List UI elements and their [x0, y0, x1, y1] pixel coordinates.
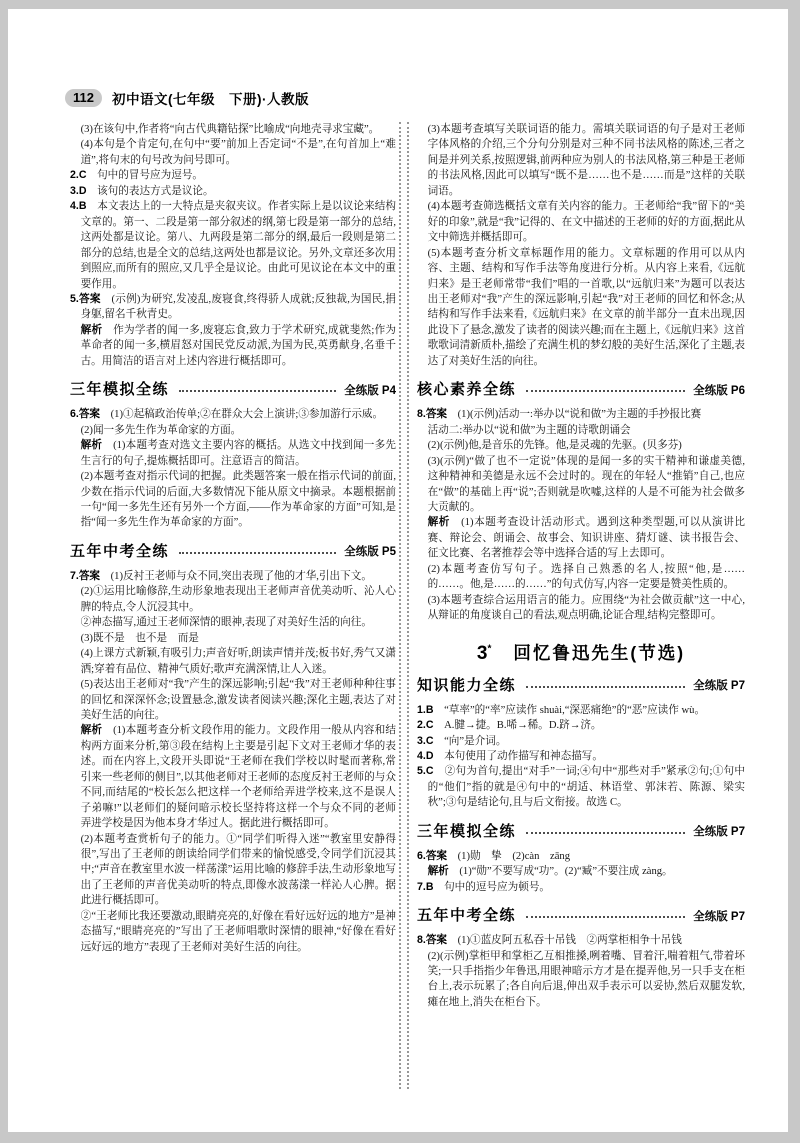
paragraph: 解析 (1)本题考查对选文主要内容的概括。从选文中找到闻一多先生言行的句子,提炼…: [81, 438, 396, 469]
answer-label: 6.答案: [417, 850, 447, 862]
paragraph: 活动二:举办以“说和做”为主题的诗歌朗诵会: [428, 423, 745, 438]
paragraph: (2)本题考查仿写句子。选择自己熟悉的名人,按照“他,是……的……。他,是……的…: [428, 562, 745, 593]
paragraph: 解析 (1)“勋”不要写成“功”。(2)“臧”不要注成 zàng。: [428, 864, 745, 879]
paragraph: 6.答案 (1)①起稿政治传单;②在群众大会上演讲;③参加游行示威。: [70, 407, 396, 422]
paragraph: 2.C A.腱→捷。B.唏→稀。D.跻→济。: [417, 718, 745, 733]
chapter-star-mark: *: [488, 643, 492, 654]
paragraph: (2)①运用比喻修辞,生动形象地表现出王老师声音优美动听、沁人心脾的特点,令人沉…: [81, 584, 396, 615]
paragraph: 5.答案 (示例)为研究,发凌乱,废寝食,终得骄人成就;反独裁,为国民,捐身躯,…: [70, 292, 396, 323]
answer-label: 解析: [428, 516, 450, 528]
dotted-leader-line: [526, 832, 685, 834]
page-number-badge: 112: [65, 89, 102, 107]
answer-label: 4.D: [417, 750, 434, 762]
chapter-title: 3*回忆鲁迅先生(节选): [417, 640, 745, 665]
dotted-leader-line: [526, 390, 685, 392]
answer-label: 8.答案: [417, 408, 447, 420]
chapter-name: 回忆鲁迅先生(节选): [513, 643, 685, 663]
answer-label: 4.B: [70, 200, 87, 212]
dotted-leader-line: [526, 686, 685, 688]
dotted-leader-line: [179, 552, 336, 554]
column-divider-line: [399, 122, 401, 1089]
section-page-ref: 全练版 P7: [693, 823, 745, 839]
paragraph: (4)本题考查筛选概括文章有关内容的能力。王老师给“我”留下的“美好的印象”,就…: [428, 199, 745, 245]
paragraph: (2)闻一多先生作为革命家的方面。: [81, 423, 396, 438]
paragraph: 3.D 该句的表达方式是议论。: [70, 184, 396, 199]
dotted-leader-line: [526, 916, 685, 918]
paragraph: 解析 作为学者的闻一多,废寝忘食,致力于学术研究,成就斐然;作为革命者的闻一多,…: [81, 323, 396, 369]
chapter-number: 3*: [477, 643, 491, 664]
paragraph: (5)表达出王老师对“我”产生的深远影响;引起“我”对王老师种种往事的回忆和深深…: [81, 677, 396, 723]
section-page-ref: 全练版 P7: [693, 677, 745, 693]
paragraph: 6.答案 (1)勋 挚 (2)càn zāng: [417, 849, 745, 864]
answer-label: 2.C: [417, 719, 434, 731]
paragraph: 1.B “草率”的“率”应读作 shuài,“深恶痛绝”的“恶”应读作 wù。: [417, 703, 745, 718]
answer-label: 2.C: [70, 169, 87, 181]
paragraph: (2)本题考查对指示代词的把握。此类题答案一般在指示代词的前面,少数在指示代词的…: [81, 469, 396, 531]
paragraph: 4.B 本文表达上的一大特点是夹叙夹议。作者实际上是以议论来结构文章的。第一、二…: [70, 199, 396, 292]
paragraph: (3)既不是 也不是 而是: [81, 631, 396, 646]
paragraph: 5.C ②句为首句,提出“对手”一词;④句中“那些对手”紧承②句;①句中的“他们…: [417, 764, 745, 810]
answer-label: 解析: [428, 865, 449, 877]
paragraph: (3)(示例)“做了也不一定说”体现的是闻一多的实干精神和谦虚美德,这种精神和美…: [428, 454, 745, 516]
answer-label: 7.答案: [70, 570, 100, 582]
paragraph: 7.答案 (1)反衬王老师与众不同,突出表现了他的才华,引出下文。: [70, 569, 396, 584]
page-header: 112 初中语文(七年级 下册)·人教版: [65, 88, 309, 108]
paragraph: 8.答案 (1)①蓝皮阿五私吞十吊钱 ②两掌柜相争十吊钱: [417, 933, 745, 948]
paragraph: 7.B 句中的逗号应为顿号。: [417, 880, 745, 895]
answer-label: 6.答案: [70, 408, 100, 420]
section-page-ref: 全练版 P6: [693, 382, 745, 398]
paragraph: (3)在该句中,作者将“向古代典籍钻探”比喻成“向地壳寻求宝藏”。: [81, 122, 396, 137]
paragraph: 2.C 句中的冒号应为逗号。: [70, 168, 396, 183]
paragraph: 解析 (1)本题考查分析文段作用的能力。文段作用一般从内容和结构两方面来分析,第…: [81, 723, 396, 831]
answer-label: 8.答案: [417, 934, 447, 946]
answer-label: 5.答案: [70, 293, 101, 305]
section-title: 五年中考全练: [417, 906, 516, 925]
section-header: 五年中考全练全练版 P7: [417, 906, 745, 925]
right-column: (3)本题考查填写关联词语的能力。需填关联词语的句子是对王老师字体风格的介绍,三…: [417, 122, 745, 1010]
paragraph: 8.答案 (1)(示例)活动一:举办以“说和做”为主题的手抄报比赛: [417, 407, 745, 422]
paragraph: (3)本题考查综合运用语言的能力。应围绕“为社会做贡献”这一中心,从辩证的角度谈…: [428, 593, 745, 624]
section-title: 三年模拟全练: [417, 822, 516, 841]
column-divider-line: [407, 122, 409, 1089]
paragraph: (2)本题考查赏析句子的能力。①“同学们听得入迷”“教室里安静得很”,写出了王老…: [81, 832, 396, 909]
section-header: 五年中考全练全练版 P5: [70, 542, 396, 561]
section-header: 三年模拟全练全练版 P4: [70, 380, 396, 399]
section-page-ref: 全练版 P7: [693, 908, 745, 924]
section-title: 知识能力全练: [417, 676, 516, 695]
section-header: 三年模拟全练全练版 P7: [417, 822, 745, 841]
paragraph: 4.D 本句使用了动作描写和神态描写。: [417, 749, 745, 764]
answer-label: 3.C: [417, 735, 434, 747]
section-title: 核心素养全练: [417, 380, 516, 399]
section-header: 知识能力全练全练版 P7: [417, 676, 745, 695]
paragraph: (3)本题考查填写关联词语的能力。需填关联词语的句子是对王老师字体风格的介绍,三…: [428, 122, 745, 199]
paragraph: (2)(示例)他,是音乐的先锋。他,是灵魂的先驱。(贝多芬): [428, 438, 745, 453]
dotted-leader-line: [179, 390, 336, 392]
answer-label: 解析: [81, 439, 103, 451]
answer-label: 7.B: [417, 881, 434, 893]
section-page-ref: 全练版 P4: [344, 382, 396, 398]
paragraph: (4)本句是个肯定句,在句中“要”前加上否定词“不是”,在句首加上“难道”,将句…: [81, 137, 396, 168]
book-title: 初中语文(七年级 下册)·人教版: [112, 88, 309, 108]
section-header: 核心素养全练全练版 P6: [417, 380, 745, 399]
answer-label: 解析: [81, 724, 103, 736]
left-column: (3)在该句中,作者将“向古代典籍钻探”比喻成“向地壳寻求宝藏”。(4)本句是个…: [70, 122, 396, 955]
answer-label: 解析: [81, 324, 103, 336]
book-page: 112 初中语文(七年级 下册)·人教版 (3)在该句中,作者将“向古代典籍钻探…: [8, 9, 788, 1132]
paragraph: (2)(示例)掌柜甲和掌柜乙互相推搡,咧着嘴、冒着汗,喘着粗气,带着坏笑;一只手…: [428, 949, 745, 1011]
paragraph: (5)本题考查分析文章标题作用的能力。文章标题的作用可以从内容、主题、结构和写作…: [428, 246, 745, 370]
answer-label: 5.C: [417, 765, 434, 777]
answer-label: 1.B: [417, 704, 434, 716]
paragraph: ②“王老师比我还要激动,眼睛亮亮的,好像在看好远好远的地方”是神态描写,“眼睛亮…: [81, 909, 396, 955]
paragraph: 3.C “向”是介词。: [417, 734, 745, 749]
section-title: 五年中考全练: [70, 542, 169, 561]
paragraph: ②神态描写,通过王老师深情的眼神,表现了对美好生活的向往。: [81, 615, 396, 630]
section-title: 三年模拟全练: [70, 380, 169, 399]
paragraph: 解析 (1)本题考查设计活动形式。遇到这种类型题,可以从演讲比赛、辩论会、朗诵会…: [428, 515, 745, 561]
paragraph: (4)上课方式新颖,有吸引力;声音好听,朗读声情并茂;板书好,秀气又潇洒;穿着有…: [81, 646, 396, 677]
answer-label: 3.D: [70, 185, 87, 197]
section-page-ref: 全练版 P5: [344, 543, 396, 559]
